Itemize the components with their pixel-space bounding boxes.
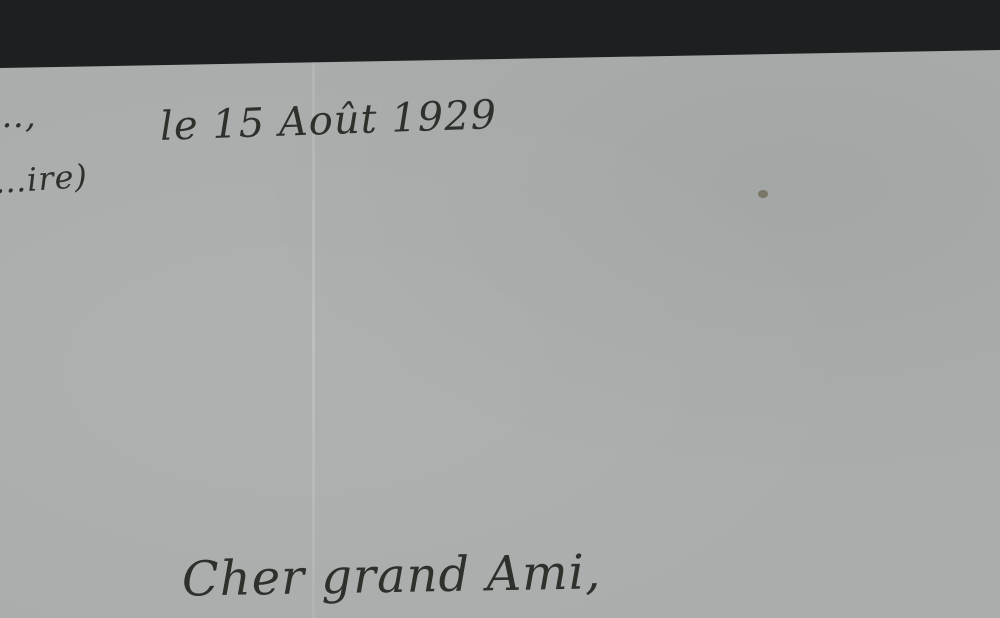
letter-salutation: Cher grand Ami, xyxy=(182,544,602,607)
letter-paper: …, …ire) le 15 Août 1929 Cher grand Ami, xyxy=(0,0,1000,618)
place-fragment-line2: …ire) xyxy=(0,157,89,201)
paper-stain xyxy=(758,190,768,198)
place-fragment-line1: …, xyxy=(0,96,37,136)
letter-date: le 15 Août 1929 xyxy=(159,92,498,150)
